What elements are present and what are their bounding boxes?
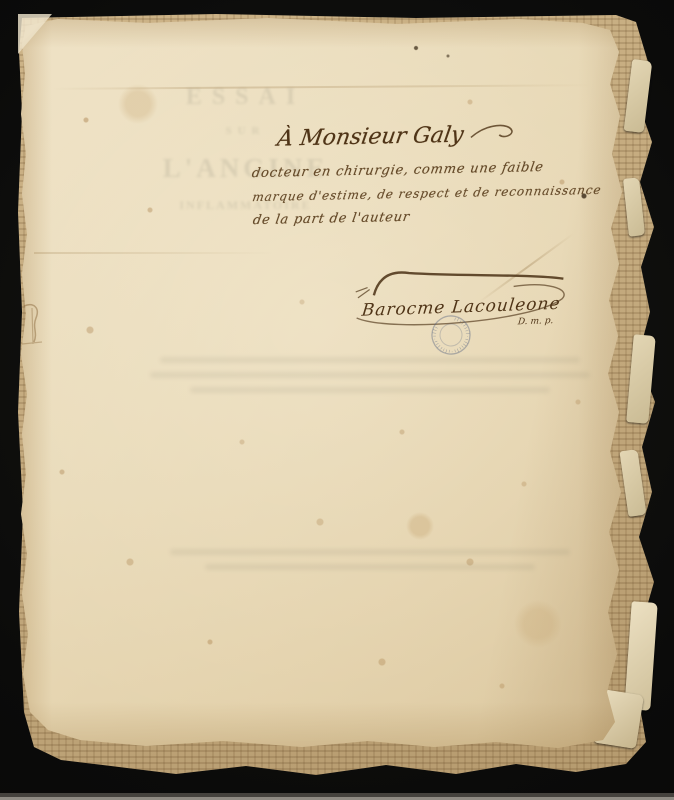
dedication-line: marque d'estime, de respect et de reconn… [251,182,643,204]
handwritten-dedication: À Monsieur Galy docteur en chirurgie, co… [251,118,643,228]
showthrough-line: ESSAI [128,84,363,111]
paper-crease [34,252,274,254]
pen-hatch-marks [356,287,370,297]
signature-postscript: D. m. p. [516,316,554,327]
dedication-recipient: À Monsieur Galy [275,123,465,152]
pen-flourish [467,121,517,150]
stamp-text: ılıılııl·ıllıılı·ılıılıı·ıllı [428,312,473,357]
dedication-line: docteur en chirurgie, comme une faible [251,158,643,181]
document-scan: ESSAI SUR L'ANGINE INFLAMMATOIRE À Monsi… [0,0,674,800]
showthrough-text-block [160,540,580,570]
signature-top-flourish [373,267,564,296]
library-stamp: ılıılııl·ıllıılı·ılıılıı·ıllı [424,308,479,363]
edge-tear-marks [20,298,50,378]
showthrough-text-block [150,348,590,393]
stamp-inner-ring [438,322,464,348]
